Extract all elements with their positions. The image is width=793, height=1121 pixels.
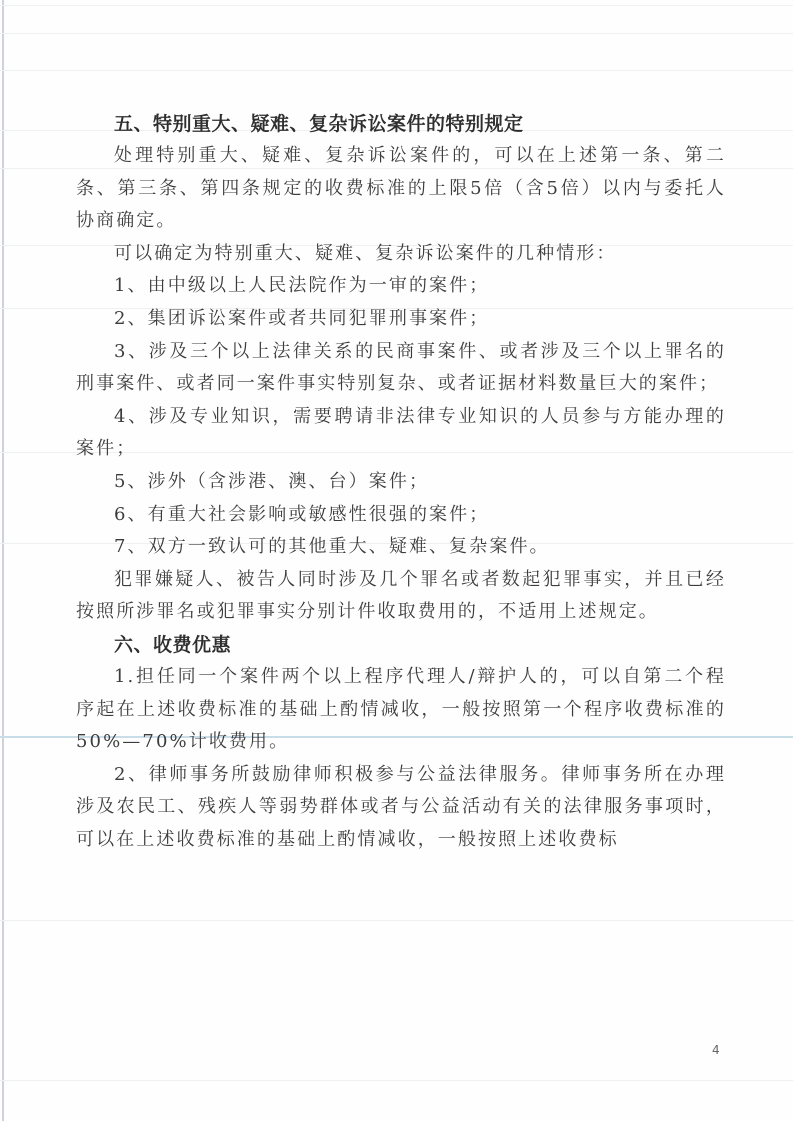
paragraph: 2、律师事务所鼓励律师积极参与公益法律服务。律师事务所在办理涉及农民工、残疾人等… (76, 759, 726, 857)
list-item: 1、由中级以上人民法院作为一审的案件； (76, 270, 726, 303)
paragraph: 犯罪嫌疑人、被告人同时涉及几个罪名或者数起犯罪事实，并且已经按照所涉罪名或犯罪事… (76, 564, 726, 629)
document-body: 五、特别重大、疑难、复杂诉讼案件的特别规定 处理特别重大、疑难、复杂诉讼案件的，… (76, 108, 726, 856)
list-item: 4、涉及专业知识，需要聘请非法律专业知识的人员参与方能办理的案件； (76, 401, 726, 466)
document-page: 五、特别重大、疑难、复杂诉讼案件的特别规定 处理特别重大、疑难、复杂诉讼案件的，… (0, 0, 793, 1121)
section-heading-5: 五、特别重大、疑难、复杂诉讼案件的特别规定 (76, 108, 726, 140)
paragraph: 处理特别重大、疑难、复杂诉讼案件的，可以在上述第一条、第二条、第三条、第四条规定… (76, 140, 726, 238)
scan-line (0, 920, 793, 921)
section-heading-6: 六、收费优惠 (76, 629, 726, 661)
list-item: 6、有重大社会影响或敏感性很强的案件； (76, 499, 726, 532)
scan-line (0, 70, 793, 71)
list-item: 7、双方一致认可的其他重大、疑难、复杂案件。 (76, 531, 726, 564)
scan-line (0, 1080, 793, 1081)
list-item: 2、集团诉讼案件或者共同犯罪刑事案件； (76, 303, 726, 336)
list-item: 5、涉外（含涉港、澳、台）案件； (76, 466, 726, 499)
scan-line (0, 5, 793, 6)
paragraph: 1.担任同一个案件两个以上程序代理人/辩护人的，可以自第二个程序起在上述收费标准… (76, 661, 726, 759)
page-number: 4 (712, 1043, 720, 1057)
paragraph: 可以确定为特别重大、疑难、复杂诉讼案件的几种情形： (76, 238, 726, 271)
scan-line (0, 33, 793, 34)
list-item: 3、涉及三个以上法律关系的民商事案件、或者涉及三个以上罪名的刑事案件、或者同一案… (76, 336, 726, 401)
